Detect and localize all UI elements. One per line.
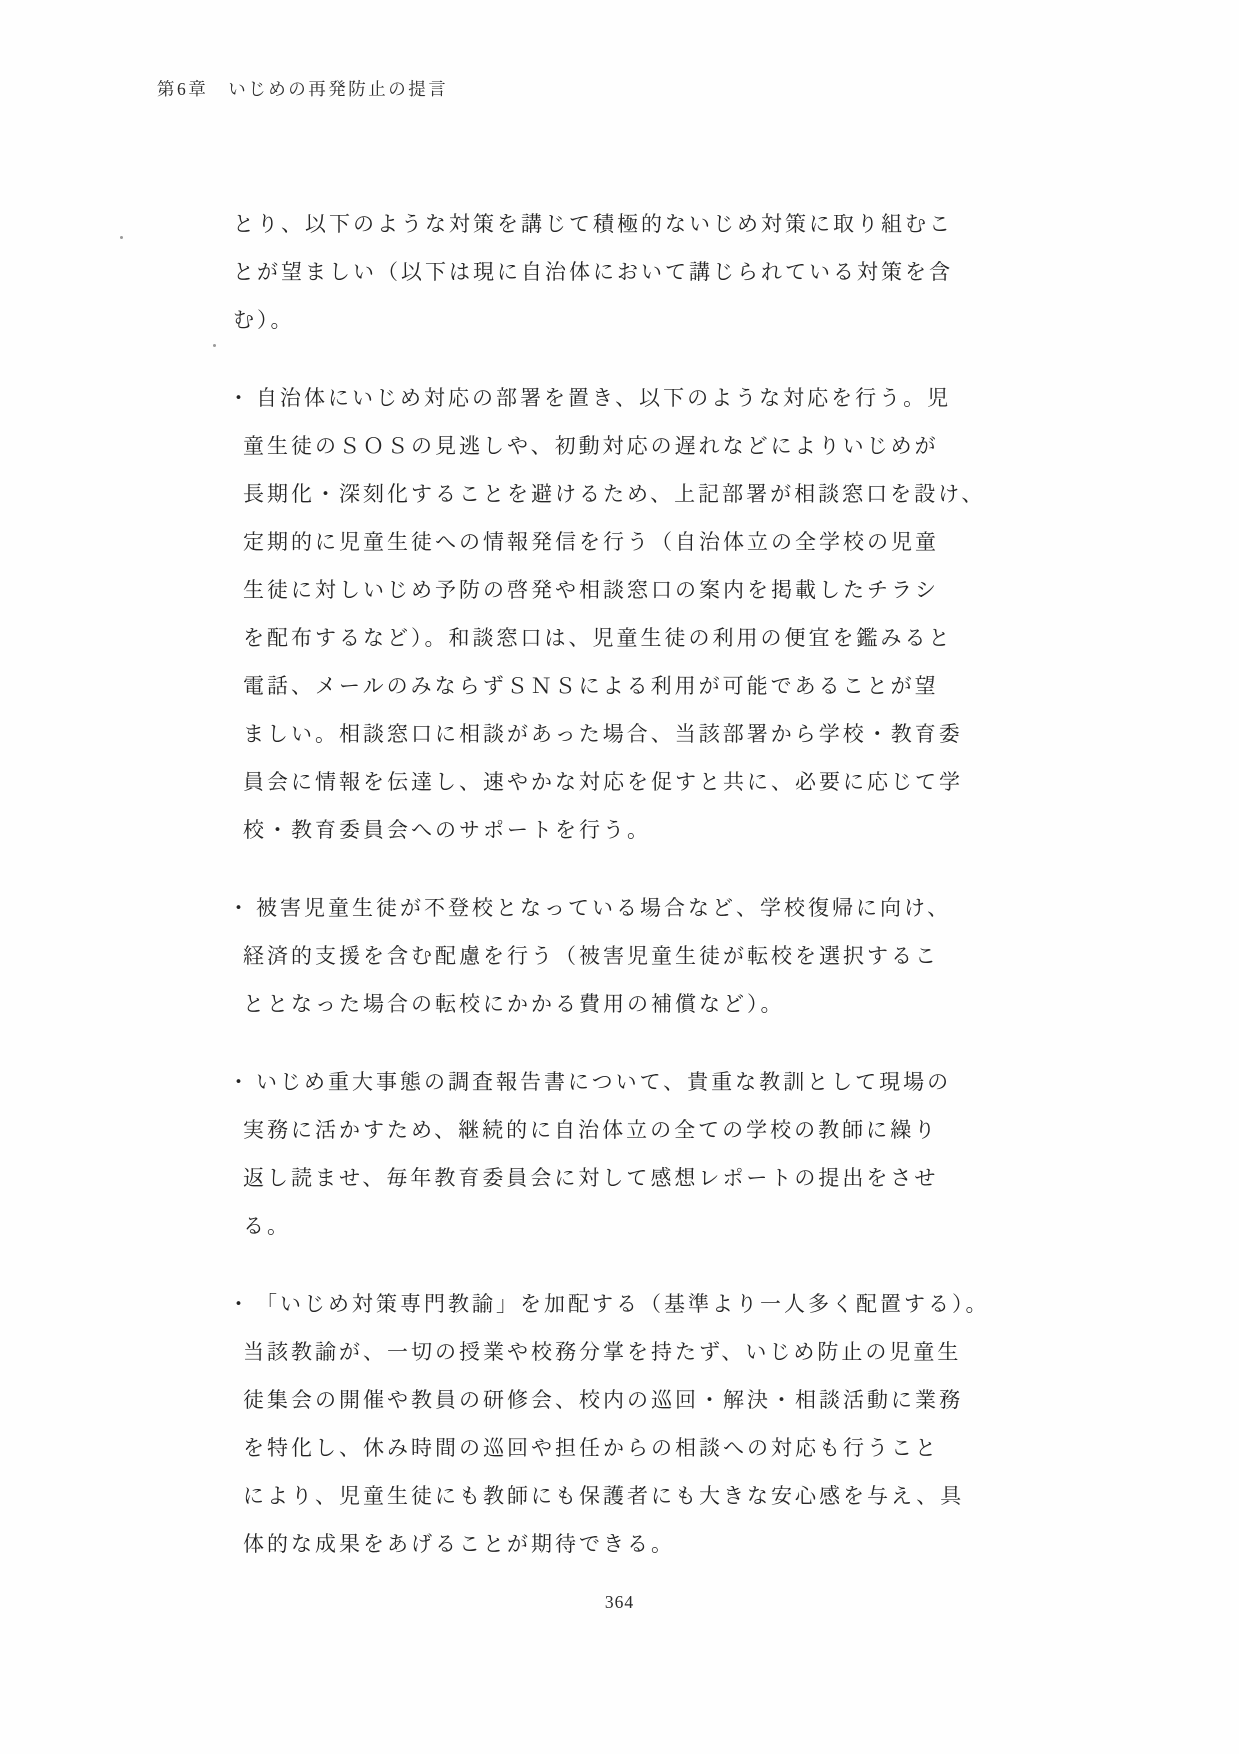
bullet-item-2: ・ 被害児童生徒が不登校となっている場合など、学校復帰に向け、 経済的支援を含む… xyxy=(228,884,1239,1028)
document-page: 第6章 いじめの再発防止の提言 とり、以下のような対策を講じて積極的ないじめ対策… xyxy=(0,0,1239,1754)
bullet-text: いじめ重大事態の調査報告書について、貴重な教訓として現場の 実務に活かすため、継… xyxy=(243,1058,1239,1250)
bullet-text: 自治体にいじめ対応の部署を置き、以下のような対応を行う。児 童生徒のＳＯＳの見逃… xyxy=(243,374,1239,854)
bullet-item-3: ・ いじめ重大事態の調査報告書について、貴重な教訓として現場の 実務に活かすため… xyxy=(228,1058,1239,1250)
bullet-item-1: ・ 自治体にいじめ対応の部署を置き、以下のような対応を行う。児 童生徒のＳＯＳの… xyxy=(228,374,1239,854)
bullet-marker-icon: ・ xyxy=(228,1058,249,1106)
bullet-marker-icon: ・ xyxy=(228,1280,249,1328)
bullet-text: 「いじめ対策専門教諭」を加配する（基準より一人多く配置する）。 当該教諭が、一切… xyxy=(243,1280,1239,1568)
bullet-marker-icon: ・ xyxy=(228,884,249,932)
intro-paragraph: とり、以下のような対策を講じて積極的ないじめ対策に取り組むこ とが望ましい（以下… xyxy=(233,200,1239,344)
document-body: とり、以下のような対策を講じて積極的ないじめ対策に取り組むこ とが望ましい（以下… xyxy=(0,200,1239,1598)
bullet-marker-icon: ・ xyxy=(228,374,249,422)
bullet-item-4: ・ 「いじめ対策専門教諭」を加配する（基準より一人多く配置する）。 当該教諭が、… xyxy=(228,1280,1239,1568)
bullet-list: ・ 自治体にいじめ対応の部署を置き、以下のような対応を行う。児 童生徒のＳＯＳの… xyxy=(228,374,1239,1568)
page-number: 364 xyxy=(0,1592,1239,1613)
chapter-header: 第6章 いじめの再発防止の提言 xyxy=(157,76,448,101)
bullet-text: 被害児童生徒が不登校となっている場合など、学校復帰に向け、 経済的支援を含む配慮… xyxy=(243,884,1239,1028)
